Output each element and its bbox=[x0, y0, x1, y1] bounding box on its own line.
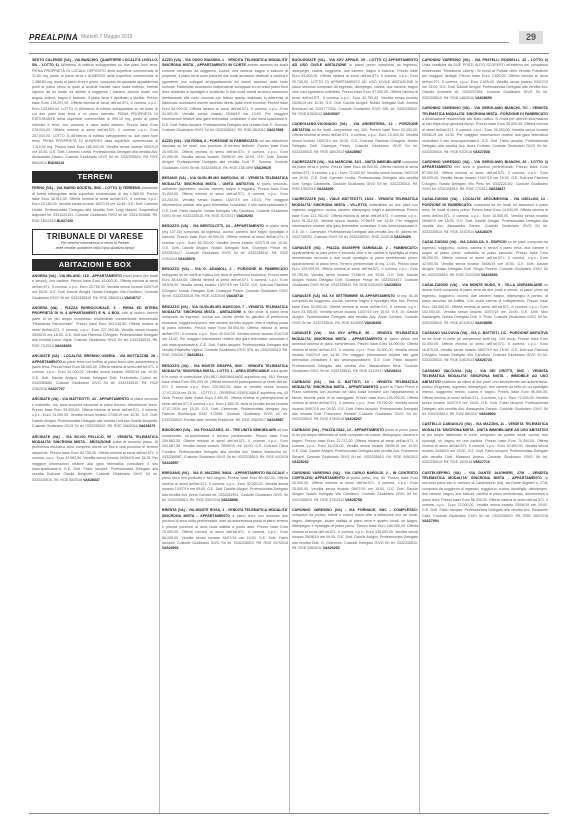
header-rule bbox=[29, 42, 509, 43]
listing-reference-code: VA628379 bbox=[475, 230, 492, 234]
listing-body: tutti al rustico, facenti parte di un pi… bbox=[32, 311, 158, 347]
listing-heading: CADREZZATE (VA) - VIA MARCONI, 32/1 - UN… bbox=[292, 160, 401, 164]
auction-listing: BESANO (VA) - VIA GUGLIELMO MARCONI, 15 … bbox=[162, 176, 288, 219]
listing-heading: BESOZZO (VA) - VIA G. ADAMOLI, 2 - PORZI… bbox=[162, 267, 288, 271]
listing-heading: CASALZUIGNO (VA) - VIA MONTE NUDO, 9 - V… bbox=[422, 283, 542, 287]
listing-heading: CASALZUIGNO (VA) - VIA CAVULCA, 3 - EDIF… bbox=[422, 240, 507, 244]
listing-reference-code: VA628718 bbox=[226, 294, 243, 298]
auction-listing: CARAVATE (VA) VIA XX SETTEMBRE 66 APPART… bbox=[292, 294, 418, 326]
listing-body: Unità costituita da DUE POSTI AUTO SCOPE… bbox=[422, 63, 548, 99]
listing-body: All'interno di edificio sviluppantesi su… bbox=[32, 63, 158, 164]
listing-reference-code: VA626260 bbox=[323, 546, 340, 550]
listing-reference-code: VA628717 bbox=[124, 296, 141, 300]
column-divider bbox=[159, 54, 160, 813]
auction-listing: CASTELLO CABIAGLIO (VA) - VIA MAZZINI, 1… bbox=[422, 422, 548, 465]
auction-listing: CARONNO VARESINO (VA) - VIA GEROLAMO BIA… bbox=[422, 106, 548, 155]
auction-listing: SESTO CALENDE (VA) - VIA BANCHIO, QUARTI… bbox=[32, 58, 158, 166]
listing-body: industriale di forma rettangolare della … bbox=[32, 186, 158, 222]
listing-reference-code: VA628267 bbox=[345, 417, 362, 421]
listing-heading: ANGERA (VA) - VIA MILANO, 119 - APPARTAM… bbox=[32, 274, 122, 278]
listing-heading: CARAVATE (VA) VIA XX SETTEMBRE 66 APPART… bbox=[292, 294, 395, 298]
classifieds-page: SESTO CALENDE (VA) - VIA BANCHIO, QUARTI… bbox=[29, 53, 549, 814]
listing-reference-code: VA627954 bbox=[422, 519, 439, 523]
auction-listing: CARAVATE (VA) - VIA XXV APRILE, 56 - VEN… bbox=[292, 331, 418, 374]
page-number: 29 bbox=[519, 31, 543, 44]
auction-listing: CASSANO VALCUVIA (VA) - VIA DEI CROTTI, … bbox=[422, 369, 548, 418]
listing-body: su tre piani: composto da ingresso, sogg… bbox=[422, 240, 548, 276]
listing-heading: BISUSCHIO (VA) - VIA FOGAZZARO, 22 - TRE… bbox=[162, 428, 276, 432]
auction-listing: ANGERA (VA) - PIAZZA PARROCCHIALE, 5 - P… bbox=[32, 306, 158, 349]
auction-listing: CARONNO VARESINO (VA) - VIA FORNACE, SNC… bbox=[292, 508, 418, 551]
listing-reference-code: BUI26214 bbox=[48, 161, 64, 165]
listing-body: posto al primo piano di un più ampio fab… bbox=[292, 428, 418, 459]
listing-reference-code: VA628400 bbox=[317, 187, 334, 191]
auction-listing: BREGANO (VA) - VIA G. MAZZINI, 546/A - A… bbox=[162, 471, 288, 503]
auction-listing: CARNAGO (VA) - VIA C. BATTISTI, 13 - VEN… bbox=[292, 380, 418, 423]
listing-body: sulla quale è in corso di costruzione VI… bbox=[162, 369, 288, 422]
listing-body: di tipo civile al piano terra composta d… bbox=[162, 310, 288, 357]
listing-body: ad uso residenziale, un'autorimessa e te… bbox=[162, 428, 288, 459]
listing-reference-code: VA628611 bbox=[187, 353, 204, 357]
listing-reference-code: VA628337 bbox=[83, 478, 100, 482]
listing-heading: CASTELLO CABIAGLIO (VA) - VIA MAZZINI, 1… bbox=[422, 422, 548, 431]
auction-listing: CARNAGO (VA) - PIAZZA DIAZ, 12 - APPARTA… bbox=[292, 428, 418, 466]
listing-heading: BREGANO (VA) - VIA G. MAZZINI, 546/A - A… bbox=[162, 471, 285, 475]
listing-reference-code: VA628309 bbox=[55, 344, 72, 348]
auction-listing: ARCISATE (VA) - LOCALITA' BRENNO USERIA … bbox=[32, 354, 158, 392]
auction-listing: BESOZZO (VA) - VIA BERTOLOTTI, 24 - APPA… bbox=[162, 224, 288, 262]
listing-body: su diversi livelli composta al piano ter… bbox=[422, 283, 548, 325]
listing-heading: BESOZZO (VA) - VIA MONTE GRAPPA, SNC - V… bbox=[162, 364, 288, 373]
listing-reference-code: VA627767 bbox=[48, 387, 65, 391]
auction-listing: CASTELSEPRIO (VA) - VIA DANTE ALIGHIERI,… bbox=[422, 471, 548, 525]
listing-reference-code: BUI27430 bbox=[57, 219, 73, 223]
listing-body: unifamiliare su due piani con ingresso, … bbox=[292, 203, 418, 239]
listing-reference-code: VA628987 bbox=[267, 418, 284, 422]
listing-heading: AZZIO (VA) - VIA ROMA, 8 - PORZIONE DI F… bbox=[162, 139, 259, 143]
listing-body: al piano secondo-sottotetto (sgombero, c… bbox=[162, 182, 288, 218]
listing-heading: CARAVATE (VA) - PIAZZA GIUSEPPE GARIBALD… bbox=[292, 246, 418, 250]
listing-reference-code: VA627898 bbox=[267, 128, 284, 132]
column-4: CARONNO VARESINO (VA) - VIA FRATELLI ROS… bbox=[422, 58, 548, 809]
listing-body: sviluppato su tre livelli al rustico con… bbox=[162, 273, 288, 299]
auction-listing: ARCISATE (VA) - VIA SILVIO PELLICO, 59 -… bbox=[32, 435, 158, 484]
listing-heading: CASSANO VALCUVIA (VA) - VIA C. BATTISTI,… bbox=[422, 331, 548, 335]
auction-listing: CASALZUIGNO (VA) - VIA CAVULCA, 3 - EDIF… bbox=[422, 240, 548, 278]
listing-reference-code: VA628800 bbox=[479, 412, 496, 416]
listing-heading: BESOZZO (VA) - VIA BERTOLOTTI, 24 - APPA… bbox=[162, 224, 264, 228]
auction-listing: AZZIO (VA) - VIA ODDO BIASSINI, 1 - VEND… bbox=[162, 58, 288, 134]
listing-reference-code: VA628987 bbox=[345, 150, 362, 154]
listing-reference-code: VA628978 bbox=[178, 257, 195, 261]
listing-reference-code: VA629625 bbox=[254, 166, 271, 170]
listing-body: a destinazione residenziale allo stato r… bbox=[422, 117, 548, 153]
listing-body: Appartamento ai piani primo e secondo ol… bbox=[292, 251, 418, 287]
listing-heading: CARNAGO (VA) - PIAZZA DIAZ, 12 - APPARTA… bbox=[292, 428, 384, 432]
auction-listing: BRENTA (VA) - VIA MONTE ROSA, 4 - VENDIT… bbox=[162, 508, 288, 551]
auction-listing: ARCISATE (VA) - VIA MATTEOTTI, 43 - APPA… bbox=[32, 397, 158, 429]
listing-reference-code: VA628650 bbox=[475, 96, 492, 100]
auction-listing: CARONNO VARESINO (VA) - VIA CARLO BAROLD… bbox=[292, 471, 418, 503]
column-2: AZZIO (VA) - VIA ODDO BIASSINI, 1 - VEND… bbox=[162, 58, 288, 809]
listing-body: posto al Piano Primo e Piano sottotetto … bbox=[292, 385, 418, 421]
listing-body: posta al secondo piano. Di pertinenza es… bbox=[32, 440, 158, 482]
column-3: BUGUGGIATE (VA) - VIA XXV APRILE, 29 - L… bbox=[292, 58, 418, 809]
listing-body: di mq. 81,30 composto da soggiorno, cuci… bbox=[292, 294, 418, 325]
listing-reference-code: VA628262 bbox=[292, 460, 309, 464]
issue-date: Martedì 7 Maggio 2019 bbox=[81, 34, 132, 40]
auction-listing: BUGUGGIATE (VA) - VIA XXV APRILE, 29 - L… bbox=[292, 58, 418, 117]
listing-reference-code: VA628523 bbox=[384, 283, 401, 287]
tribunale-line-2[interactable]: delle vendite pubbliche https://pvp.gius… bbox=[35, 246, 155, 251]
tribunale-banner: TRIBUNALE DI VARESE Per ulteriori inform… bbox=[32, 229, 158, 255]
auction-listing: ANGERA (VA) - VIA MILANO, 119 - APPARTAM… bbox=[32, 274, 158, 301]
listing-heading: ARCISATE (VA) - VIA MATTEOTTI, 43 - APPA… bbox=[32, 397, 129, 401]
column-divider bbox=[419, 54, 420, 813]
listing-reference-code: VA628597 bbox=[162, 461, 179, 465]
auction-listing: BESOZZO (VA) - VIA G. ADAMOLI, 2 - PORZI… bbox=[162, 267, 288, 299]
auction-listing: CADREZZATE (VA) - VIA MARCONI, 32/1 - UN… bbox=[292, 160, 418, 192]
listing-reference-code: VA625367 bbox=[323, 112, 340, 116]
listing-heading: CARONNO VARESINO (VA) - VIA FORNACE, SNC… bbox=[292, 508, 418, 512]
listing-body: composta da piano terra e primo. Prezzo … bbox=[292, 160, 418, 191]
listing-reference-code: VA628475 bbox=[139, 424, 156, 428]
tribunale-title: TRIBUNALE DI VARESE bbox=[35, 232, 155, 241]
auction-listing: CADEGLIANO-VICONAGO (VA) - VIA ARGENTERA… bbox=[292, 122, 418, 154]
column-divider bbox=[289, 54, 290, 813]
newspaper-brand: PREALPINA bbox=[29, 33, 78, 42]
section-header-abitazioni: ABITAZIONI E BOX bbox=[32, 259, 158, 271]
listing-body: a piano terra con annesse due porzioni d… bbox=[162, 514, 288, 545]
page-header: PREALPINA Martedì 7 Maggio 2019 29 bbox=[29, 33, 549, 45]
listing-reference-code: VA627716 bbox=[473, 460, 490, 464]
listing-reference-code: VA628901 bbox=[162, 546, 179, 550]
listing-heading: CARONNO VARESINO (VA) - VIA GEROLAMO BIA… bbox=[422, 106, 548, 115]
listing-reference-code: VA628858 bbox=[475, 321, 492, 325]
listing-body: avente accesso da scala comune composto … bbox=[162, 63, 288, 132]
auction-listing: CARAVATE (VA) - PIAZZA GIUSEPPE GARIBALD… bbox=[292, 246, 418, 289]
listing-reference-code: VA629400 bbox=[394, 235, 411, 239]
auction-listing: CASSANO VALCUVIA (VA) - VIA C. BATTISTI,… bbox=[422, 331, 548, 363]
auction-listing: CASALZUIGNO (VA) - VIA MONTE NUDO, 9 - V… bbox=[422, 283, 548, 326]
listing-body: al piano terra (mq 107,00) composto da i… bbox=[162, 224, 288, 260]
auction-listing: BESOZZO (VA) - VIA MONTE GRAPPA, SNC - V… bbox=[162, 364, 288, 423]
listing-heading: CASTELSEPRIO (VA) - VIA DANTE ALIGHIERI,… bbox=[422, 471, 548, 480]
listing-body: al piano primo con annessa cantina al pi… bbox=[292, 337, 418, 373]
auction-listing: CARONNO VARESINO (VA) - VIA GEROLAMO BIA… bbox=[422, 160, 548, 192]
auction-listing: AZZIO (VA) - VIA ROMA, 8 - PORZIONE DI F… bbox=[162, 139, 288, 171]
listing-body: al secondo piano sito in comune di Caste… bbox=[422, 476, 548, 518]
listing-reference-code: VA628414 bbox=[384, 369, 401, 373]
auction-listing: CADREZZATE (VA) - VIALE MATTEOTTI, 13/22… bbox=[292, 197, 418, 240]
auction-listing: BISUSCHIO (VA) - VIA FOGAZZARO, 22 - TRE… bbox=[162, 428, 288, 466]
listing-reference-code: VA628898 bbox=[221, 498, 238, 502]
auction-listing: BESOZZO (VA) - VIA GUGLIELMO MARCONI, 7 … bbox=[162, 305, 288, 359]
listing-reference-code: VA628847 bbox=[489, 187, 506, 191]
auction-listing: CASALZUIGNO (VA) - LOCALITA' ARCUMEGGIA … bbox=[422, 197, 548, 235]
auction-listing: FERNO (VA) - VIA MARIO AGUSTA, SNC - LOT… bbox=[32, 186, 158, 224]
listing-reference-code: VA627838 bbox=[473, 150, 490, 154]
column-1: SESTO CALENDE (VA) - VIA BANCHIO, QUARTI… bbox=[32, 58, 158, 809]
listing-reference-code: VA628392 bbox=[481, 273, 498, 277]
auction-listing: CARONNO VARESINO (VA) - VIA FRATELLI ROS… bbox=[422, 58, 548, 101]
listing-heading: FERNO (VA) - VIA MARIO AGUSTA, SNC - LOT… bbox=[32, 186, 140, 190]
listing-body: in piano primo composto da ingresso, dis… bbox=[292, 63, 418, 116]
listing-body: costituito da villino di due piani, uno … bbox=[422, 380, 548, 416]
listing-heading: CARONNO VARESINO (VA) - VIA FRATELLI ROS… bbox=[422, 58, 548, 62]
listing-reference-code: VA628758 bbox=[345, 498, 362, 502]
listing-reference-code: VA628408 bbox=[364, 321, 381, 325]
listing-reference-code: VA626723 bbox=[475, 358, 492, 362]
listing-body: composto da portico, tettoie e volumi ch… bbox=[292, 513, 418, 549]
section-header-terreni: TERRENI bbox=[32, 171, 158, 183]
listing-reference-code: VA629253 bbox=[236, 214, 253, 218]
